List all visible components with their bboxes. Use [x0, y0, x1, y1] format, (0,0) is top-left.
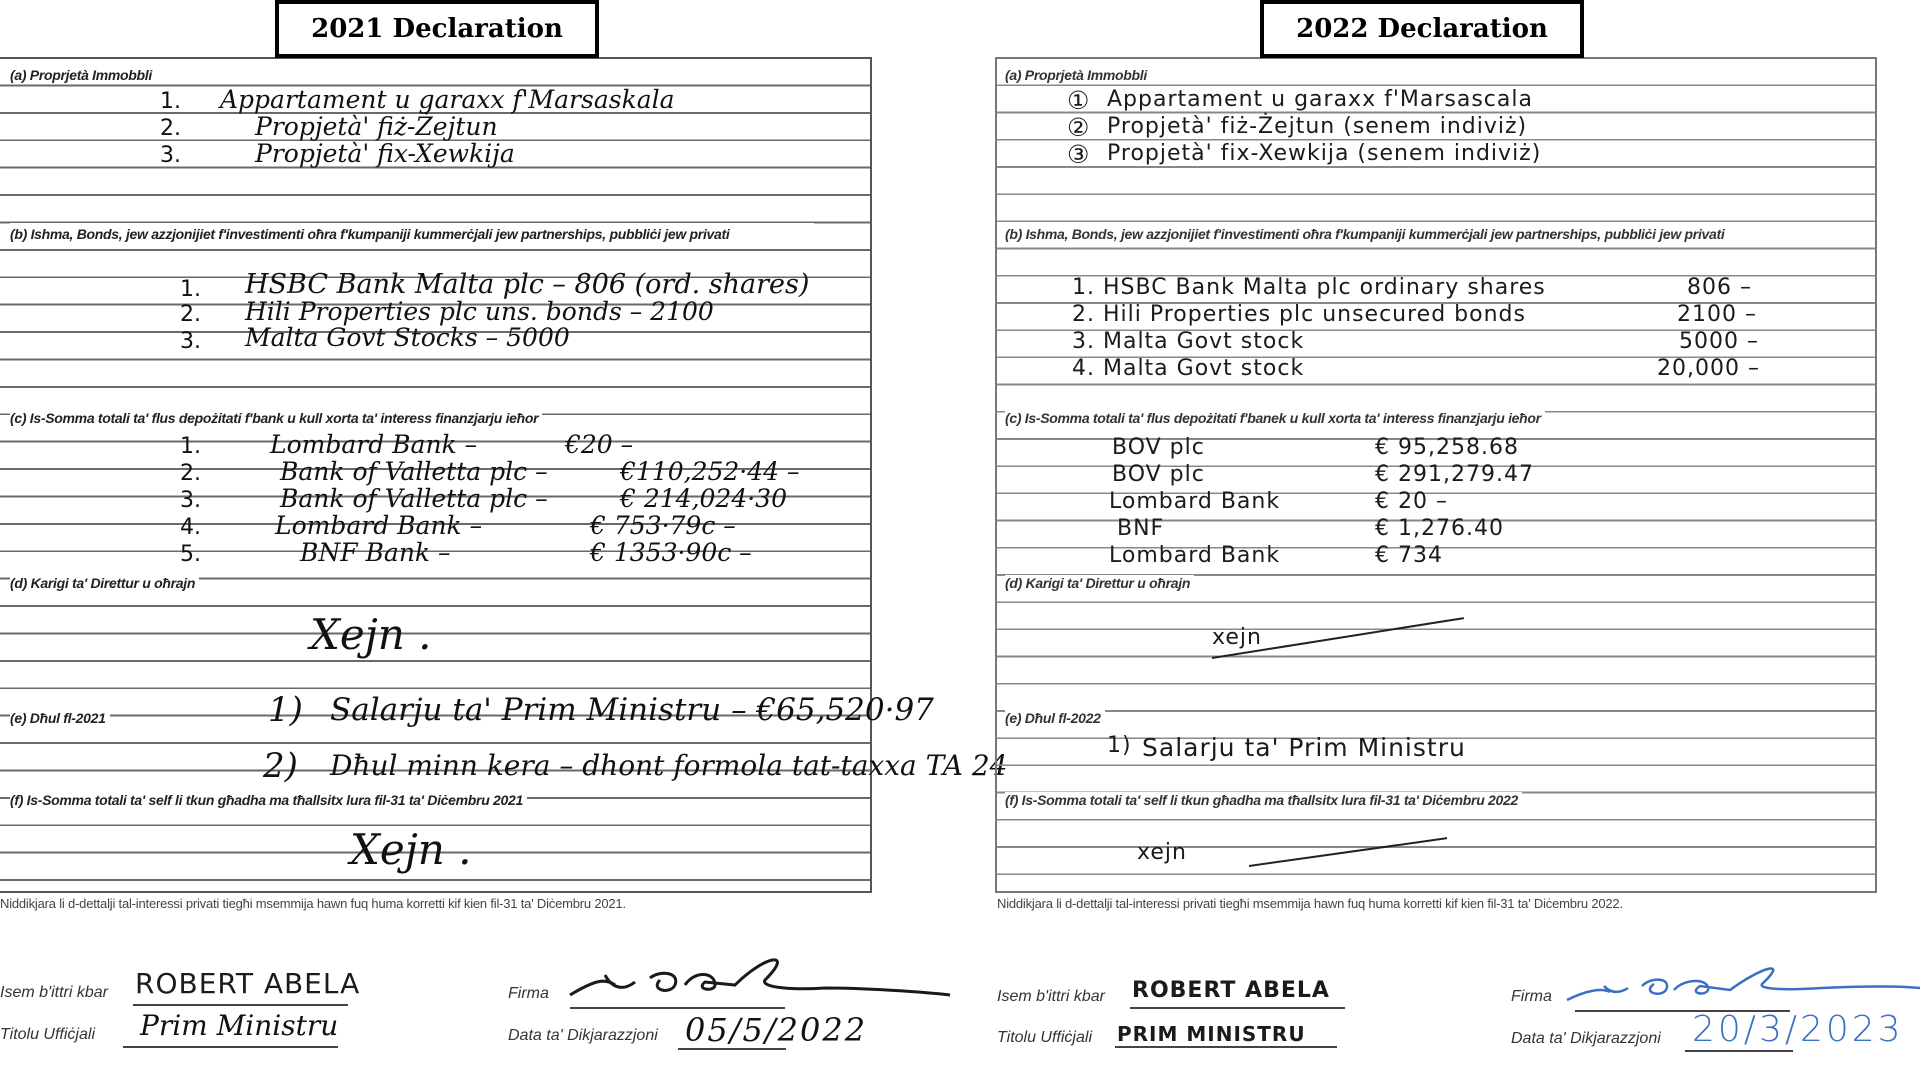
list-item-number: 3. — [160, 143, 181, 168]
list-item-number: 2. — [180, 302, 201, 327]
bank-name: BOV plc — [1112, 437, 1205, 459]
bank-amount: € 291,279.47 — [1375, 464, 1534, 486]
title-underline — [1115, 1046, 1337, 1048]
property-item: Propjetà' fiż-Żejtun — [255, 114, 498, 139]
section-a-label: (a) Proprjetà Immobbli — [10, 67, 156, 83]
list-item-number: ③ — [1067, 142, 1090, 167]
property-item: Appartament u garaxx f'Marsascala — [1107, 89, 1533, 111]
directorships-value: xejn — [1212, 627, 1262, 649]
signature-label: Firma — [508, 985, 549, 1003]
investment-item: 3. Malta Govt stock — [1072, 331, 1304, 353]
list-item-number: ② — [1067, 115, 1090, 140]
signature-label: Firma — [1511, 988, 1552, 1006]
income-item-number: 1) — [1107, 735, 1132, 757]
footer-statement: Niddikjara li d-dettalji tal-interessi p… — [0, 896, 626, 911]
property-item: Propjetà' fix-Xewkija (senem indiviż) — [1107, 143, 1541, 165]
date-underline — [1685, 1050, 1793, 1052]
section-e-label: (e) Dħul fl-2021 — [10, 710, 110, 726]
section-e-label: (e) Dħul fl-2022 — [1005, 710, 1105, 726]
list-item-number: 2. — [160, 116, 181, 141]
section-c-label: (c) Is-Somma totali ta' flus depożitati … — [10, 410, 542, 426]
list-item-number: 5. — [180, 542, 201, 567]
declaration-form-2022: (a) Proprjetà Immobbli ① Appartament u g… — [995, 57, 1877, 893]
investment-item: Malta Govt Stocks – 5000 — [245, 325, 570, 350]
investment-value: 5000 – — [1679, 331, 1759, 353]
bank-amount: € 734 — [1375, 545, 1443, 567]
bank-name: Lombard Bank — [1109, 545, 1280, 567]
list-item-number: 4. — [180, 515, 201, 540]
investment-item: Hili Properties plc uns. bonds – 2100 — [245, 299, 714, 324]
section-b-label: (b) Ishma, Bonds, jew azzjonijiet f'inve… — [10, 223, 814, 245]
bank-amount: € 20 – — [1375, 491, 1448, 513]
income-item: Salarju ta' Prim Ministru – €65,520·97 — [330, 695, 934, 726]
loans-value: xejn — [1137, 842, 1187, 864]
property-item: Propjetà' fix-Xewkija — [255, 141, 515, 166]
investment-item: 4. Malta Govt stock — [1072, 358, 1304, 380]
bank-amount: €20 – — [565, 432, 633, 457]
section-f-label: (f) Is-Somma totali ta' self li tkun għa… — [10, 792, 527, 808]
section-d-label: (d) Karigi ta' Direttur u oħrajn — [10, 575, 199, 591]
investment-item: HSBC Bank Malta plc – 806 (ord. shares) — [245, 271, 809, 298]
list-item-number: 2. — [180, 461, 201, 486]
income-item: Salarju ta' Prim Ministru — [1142, 735, 1466, 760]
bank-amount: € 753·79c – — [590, 513, 736, 538]
income-item-number: 2) — [263, 749, 298, 783]
investment-value: 806 – — [1687, 277, 1752, 299]
bank-name: BNF Bank – — [300, 540, 451, 565]
bank-amount: € 214,024·30 — [620, 486, 787, 511]
date-label: Data ta' Dikjarazzjoni — [508, 1027, 658, 1045]
bank-amount: € 95,258.68 — [1375, 437, 1519, 459]
bank-amount: € 1,276.40 — [1375, 518, 1504, 540]
income-item-number: 1) — [268, 693, 303, 727]
loans-value: Xejn . — [350, 829, 472, 871]
list-item-number: 1. — [180, 434, 201, 459]
title-label: Titolu Uffiċjali — [997, 1029, 1092, 1047]
section-a-label: (a) Proprjetà Immobbli — [1005, 67, 1151, 83]
date-label: Data ta' Dikjarazzjoni — [1511, 1030, 1661, 1048]
strike-line — [1249, 837, 1447, 867]
list-item-number: 3. — [180, 488, 201, 513]
signature-2021 — [565, 950, 955, 1010]
list-item-number: 1. — [180, 277, 201, 302]
name-value: ROBERT ABELA — [135, 970, 360, 998]
date-value: 20/3/2023 — [1692, 1012, 1904, 1048]
bank-amount: €110,252·44 – — [620, 459, 800, 484]
bank-name: Lombard Bank – — [270, 432, 477, 457]
bank-name: Lombard Bank — [1109, 491, 1280, 513]
directorships-value: Xejn . — [310, 614, 432, 656]
list-item-number: 1. — [160, 89, 181, 114]
investment-item: 2. Hili Properties plc unsecured bonds — [1072, 304, 1526, 326]
date-value: 05/5/2022 — [685, 1014, 867, 1046]
title-underline — [123, 1046, 338, 1048]
bank-name: Lombard Bank – — [275, 513, 482, 538]
list-item-number: ① — [1067, 88, 1090, 113]
section-f-label: (f) Is-Somma totali ta' self li tkun għa… — [1005, 792, 1522, 808]
title-value: Prim Ministru — [140, 1012, 338, 1040]
title-value: PRIM MINISTRU — [1117, 1024, 1306, 1044]
panel-title-2021: 2021 Declaration — [275, 0, 599, 58]
signature-2022 — [1562, 950, 1920, 1010]
bank-amount: € 1353·90c – — [590, 540, 752, 565]
name-value: ROBERT ABELA — [1132, 980, 1330, 1002]
investment-value: 2100 – — [1677, 304, 1757, 326]
property-item: Appartament u garaxx f'Marsaskala — [220, 87, 675, 112]
section-d-label: (d) Karigi ta' Direttur u oħrajn — [1005, 575, 1194, 591]
property-item: Propjetà' fiż-Żejtun (senem indiviż) — [1107, 116, 1527, 138]
panel-title-2022: 2022 Declaration — [1260, 0, 1584, 58]
investment-item: 1. HSBC Bank Malta plc ordinary shares — [1072, 277, 1546, 299]
bank-name: BOV plc — [1112, 464, 1205, 486]
list-item-number: 3. — [180, 329, 201, 354]
investment-value: 20,000 – — [1657, 358, 1760, 380]
bank-name: Bank of Valletta plc – — [280, 486, 548, 511]
name-underline — [1130, 1007, 1345, 1009]
section-c-label: (c) Is-Somma totali ta' flus depożitati … — [1005, 410, 1545, 426]
bank-name: Bank of Valletta plc – — [280, 459, 548, 484]
bank-name: BNF — [1117, 518, 1164, 540]
footer-statement: Niddikjara li d-dettalji tal-interessi p… — [997, 896, 1623, 911]
title-label: Titolu Uffiċjali — [0, 1026, 95, 1044]
name-label: Isem b'ittri kbar — [0, 984, 108, 1002]
declaration-form-2021: (a) Proprjetà Immobbli 1. Appartament u … — [0, 57, 872, 893]
name-underline — [133, 1004, 348, 1006]
income-item: Dħul minn kera – dhont formola tat-taxxa… — [330, 752, 1008, 780]
name-label: Isem b'ittri kbar — [997, 988, 1105, 1006]
section-b-label: (b) Ishma, Bonds, jew azzjonijiet f'inve… — [1005, 223, 1829, 245]
